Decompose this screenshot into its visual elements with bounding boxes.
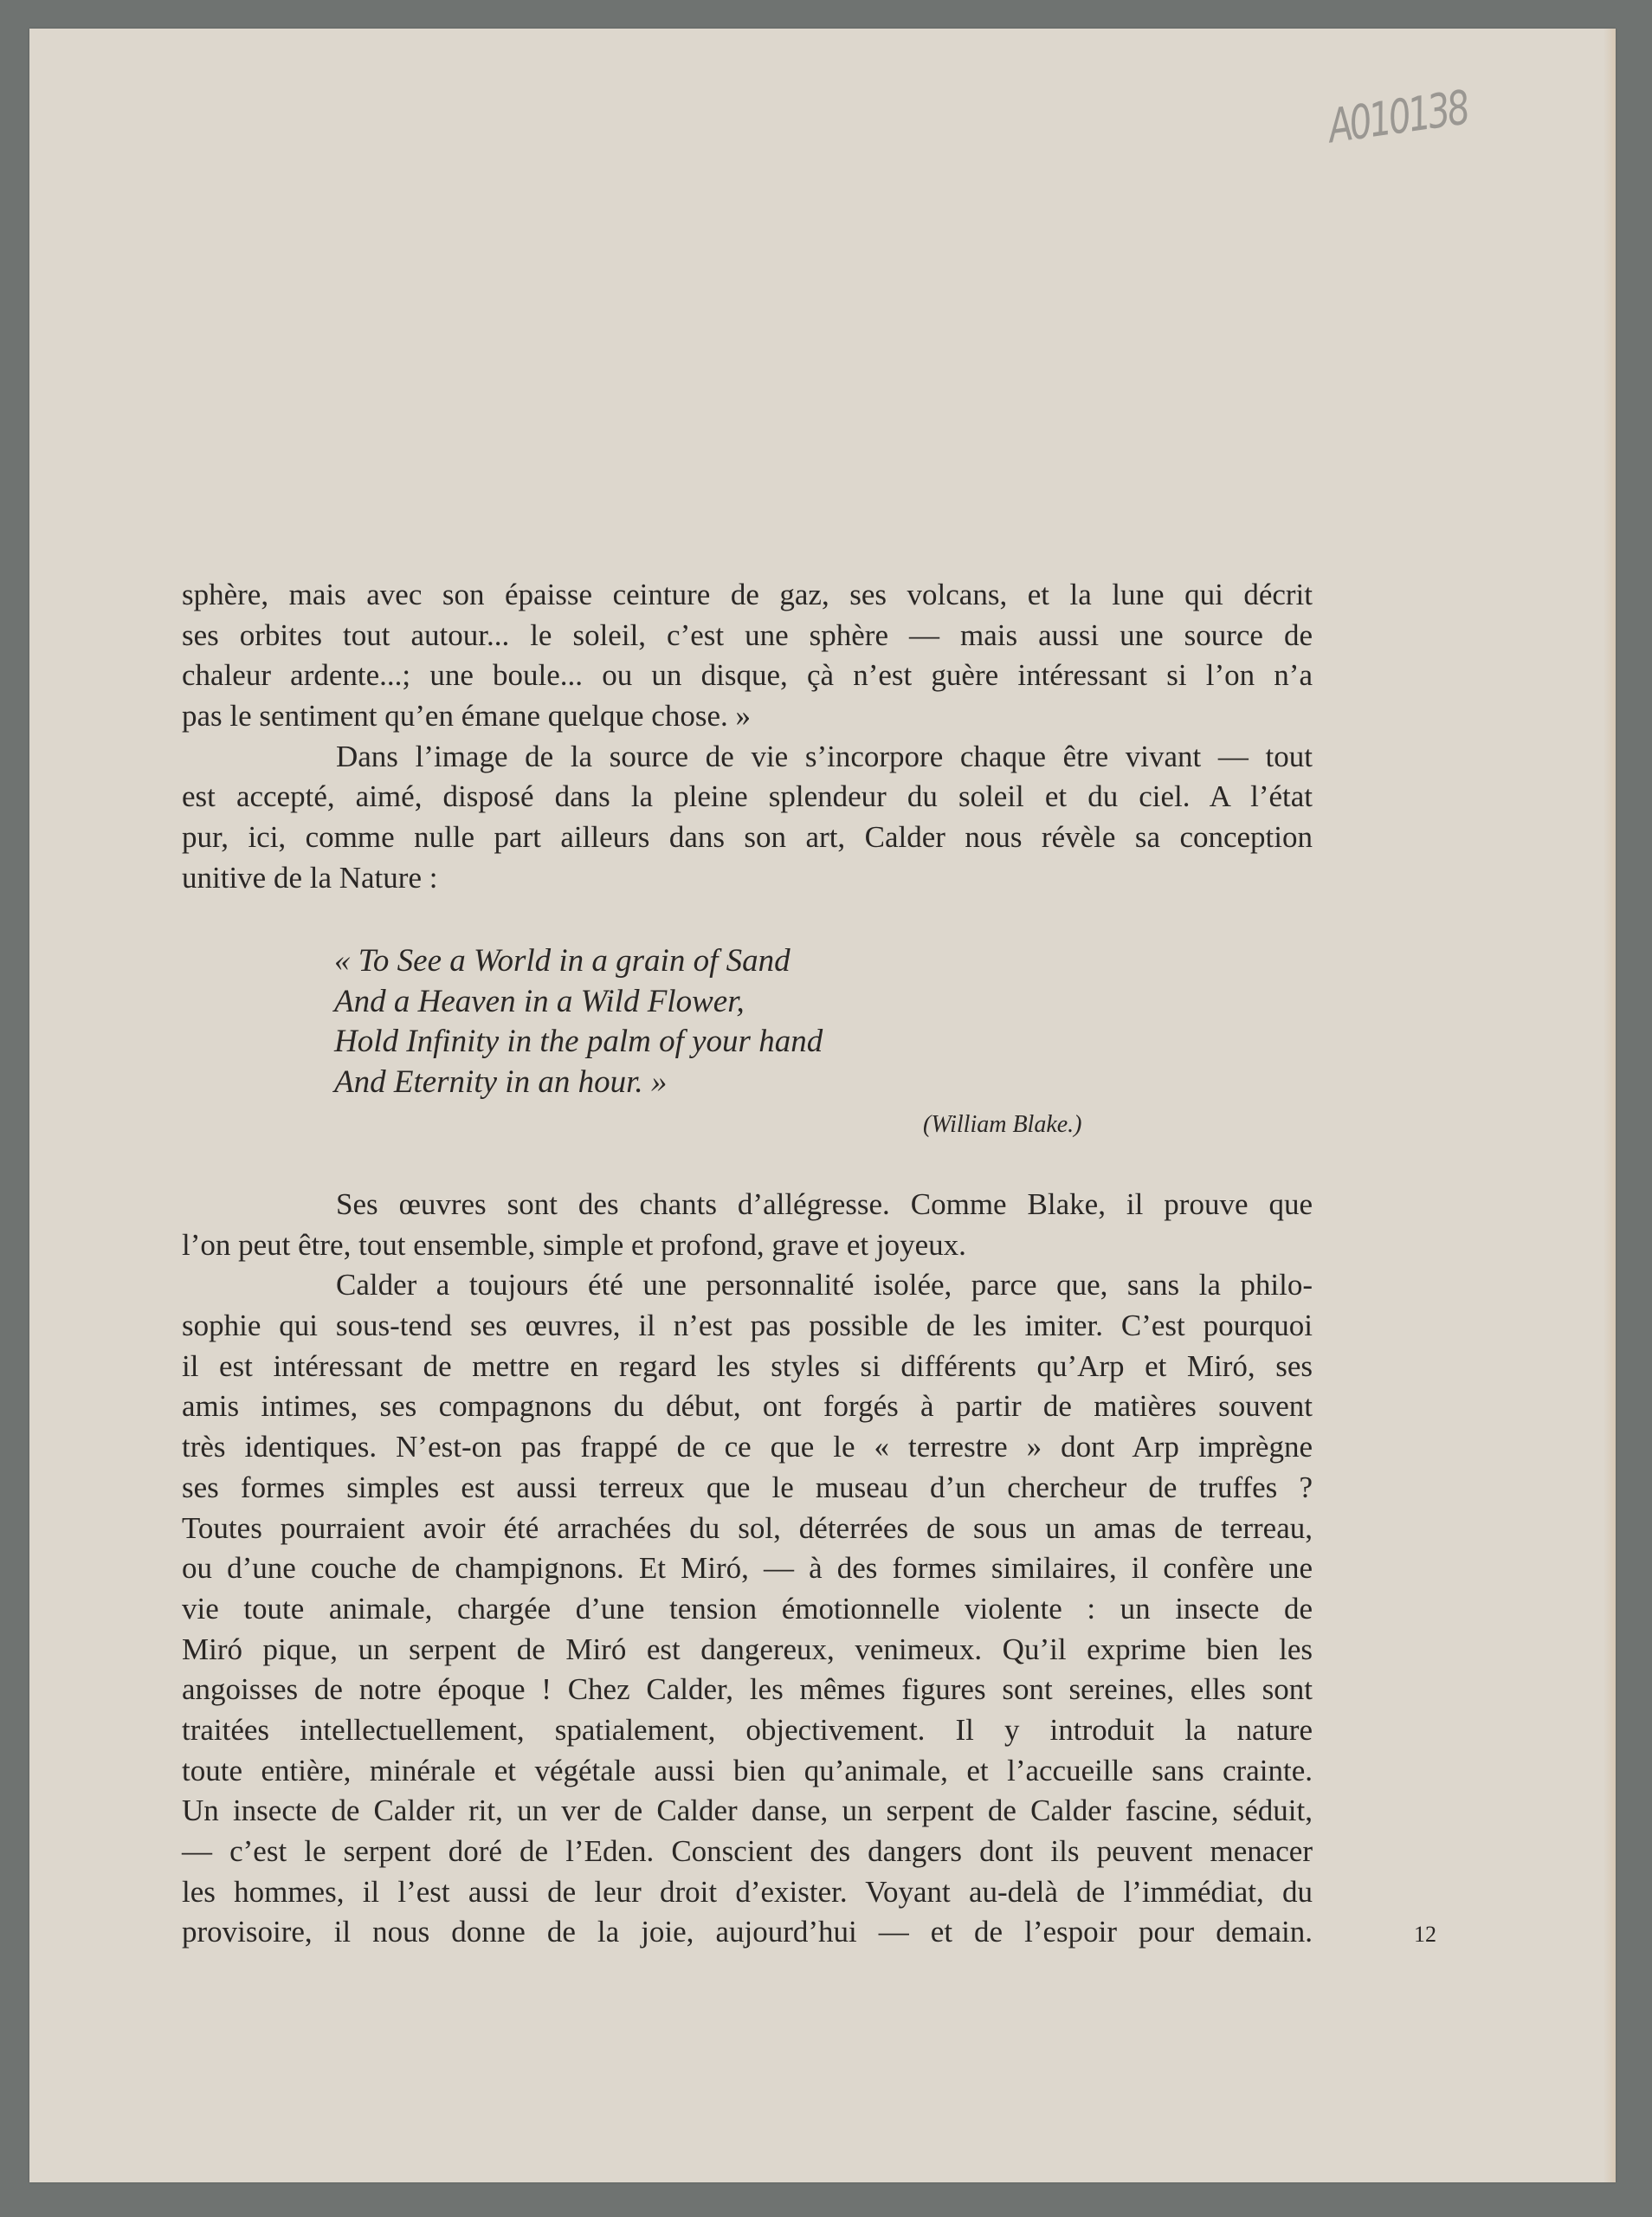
text-line: chaleur ardente...; une boule... ou un d… xyxy=(182,656,1313,696)
text-line: il est intéressant de mettre en regard l… xyxy=(182,1347,1313,1387)
text-block-bottom: Ses œuvres sont des chants d’allégresse.… xyxy=(182,1185,1313,1953)
text-line: très identiques. N’est-on pas frappé de … xyxy=(182,1427,1313,1468)
text-line: provisoire, il nous donne de la joie, au… xyxy=(182,1912,1313,1953)
text-block-top: sphère, mais avec son épaisse ceinture d… xyxy=(182,575,1313,899)
text-line: ses formes simples est aussi terreux que… xyxy=(182,1468,1313,1509)
poem-line: And Eternity in an hour. » xyxy=(334,1063,823,1103)
poem-line: « To See a World in a grain of Sand xyxy=(334,941,823,982)
text-line: toute entière, minérale et végétale auss… xyxy=(182,1751,1313,1792)
text-line: sophie qui sous-tend ses œuvres, il n’es… xyxy=(182,1306,1313,1347)
poem-line: And a Heaven in a Wild Flower, xyxy=(334,982,823,1023)
text-line: Ses œuvres sont des chants d’allégresse.… xyxy=(182,1185,1313,1225)
text-line: ou d’une couche de champignons. Et Miró,… xyxy=(182,1548,1313,1589)
text-line: Dans l’image de la source de vie s’incor… xyxy=(182,737,1313,778)
blake-poem-quote: « To See a World in a grain of Sand And … xyxy=(334,941,823,1103)
text-line: angoisses de notre époque ! Chez Calder,… xyxy=(182,1670,1313,1710)
text-line: vie toute animale, chargée d’une tension… xyxy=(182,1589,1313,1630)
text-line: amis intimes, ses compagnons du début, o… xyxy=(182,1386,1313,1427)
poem-line: Hold Infinity in the palm of your hand xyxy=(334,1022,823,1063)
poem-attribution: (William Blake.) xyxy=(923,1111,1082,1139)
text-line: Miró pique, un serpent de Miró est dange… xyxy=(182,1630,1313,1671)
text-line: les hommes, il l’est aussi de leur droit… xyxy=(182,1872,1313,1913)
text-line: l’on peut être, tout ensemble, simple et… xyxy=(182,1225,1313,1266)
text-line: Calder a toujours été une personnalité i… xyxy=(182,1265,1313,1306)
text-line: est accepté, aimé, disposé dans la plein… xyxy=(182,777,1313,818)
text-line: unitive de la Nature : xyxy=(182,858,1313,899)
text-line: traitées intellectuellement, spatialemen… xyxy=(182,1710,1313,1751)
text-line: Toutes pourraient avoir été arrachées du… xyxy=(182,1509,1313,1549)
text-line: pur, ici, comme nulle part ailleurs dans… xyxy=(182,818,1313,858)
text-line: Un insecte de Calder rit, un ver de Cald… xyxy=(182,1791,1313,1832)
page-number: 12 xyxy=(1414,1922,1436,1948)
text-line: pas le sentiment qu’en émane quelque cho… xyxy=(182,696,1313,737)
text-line: — c’est le serpent doré de l’Eden. Consc… xyxy=(182,1832,1313,1872)
text-line: sphère, mais avec son épaisse ceinture d… xyxy=(182,575,1313,616)
text-line: ses orbites tout autour... le soleil, c’… xyxy=(182,616,1313,656)
